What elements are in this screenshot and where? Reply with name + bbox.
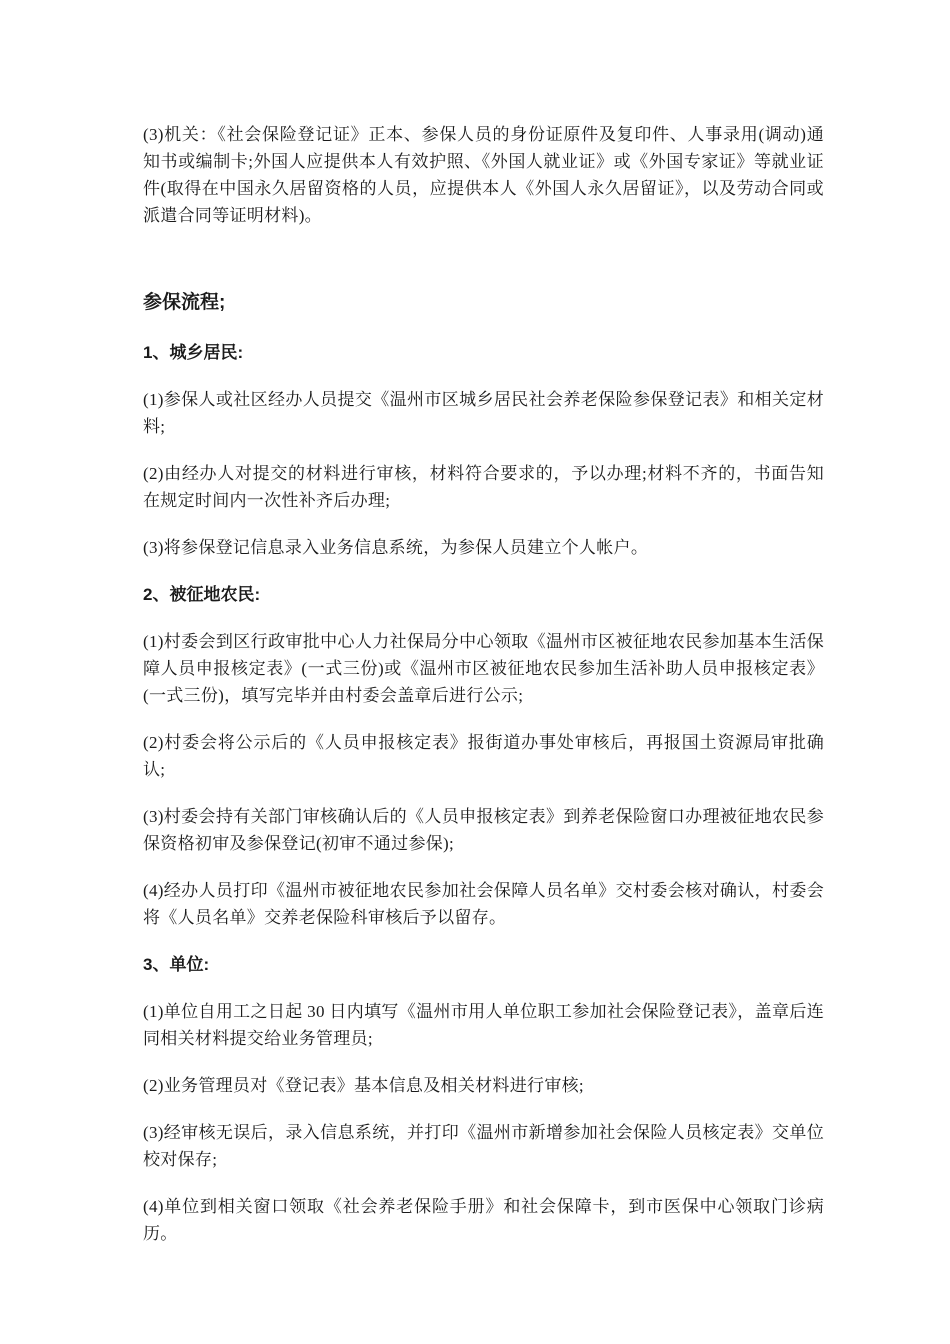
section-2-item: (3)村委会持有关部门审核确认后的《人员申报核定表》到养老保险窗口办理被征地农民…: [143, 803, 824, 857]
section-2-item: (2)村委会将公示后的《人员申报核定表》报街道办事处审核后，再报国土资源局审批确…: [143, 729, 824, 783]
document-page: (3)机关：《社会保险登记证》正本、参保人员的身份证原件及复印件、人事录用(调动…: [143, 121, 824, 1247]
section-2-item: (1)村委会到区行政审批中心人力社保局分中心领取《温州市区被征地农民参加基本生活…: [143, 628, 824, 709]
section-3-item: (1)单位自用工之日起 30 日内填写《温州市用人单位职工参加社会保险登记表》，…: [143, 998, 824, 1052]
section-2-item: (4)经办人员打印《温州市被征地农民参加社会保障人员名单》交村委会核对确认，村委…: [143, 877, 824, 931]
section-title: 参保流程;: [143, 288, 824, 318]
intro-paragraph: (3)机关：《社会保险登记证》正本、参保人员的身份证原件及复印件、人事录用(调动…: [143, 121, 824, 229]
section-2-heading: 2、被征地农民:: [143, 581, 824, 608]
section-1-item: (1)参保人或社区经办人员提交《温州市区城乡居民社会养老保险参保登记表》和相关定…: [143, 386, 824, 440]
section-1-item: (2)由经办人对提交的材料进行审核，材料符合要求的，予以办理;材料不齐的，书面告…: [143, 460, 824, 514]
section-3-item: (2)业务管理员对《登记表》基本信息及相关材料进行审核;: [143, 1072, 824, 1099]
section-1-heading: 1、城乡居民:: [143, 339, 824, 366]
section-3-item: (3)经审核无误后，录入信息系统，并打印《温州市新增参加社会保险人员核定表》交单…: [143, 1119, 824, 1173]
section-1-item: (3)将参保登记信息录入业务信息系统，为参保人员建立个人帐户。: [143, 534, 824, 561]
section-3-item: (4)单位到相关窗口领取《社会养老保险手册》和社会保障卡，到市医保中心领取门诊病…: [143, 1193, 824, 1247]
section-3-heading: 3、单位:: [143, 951, 824, 978]
